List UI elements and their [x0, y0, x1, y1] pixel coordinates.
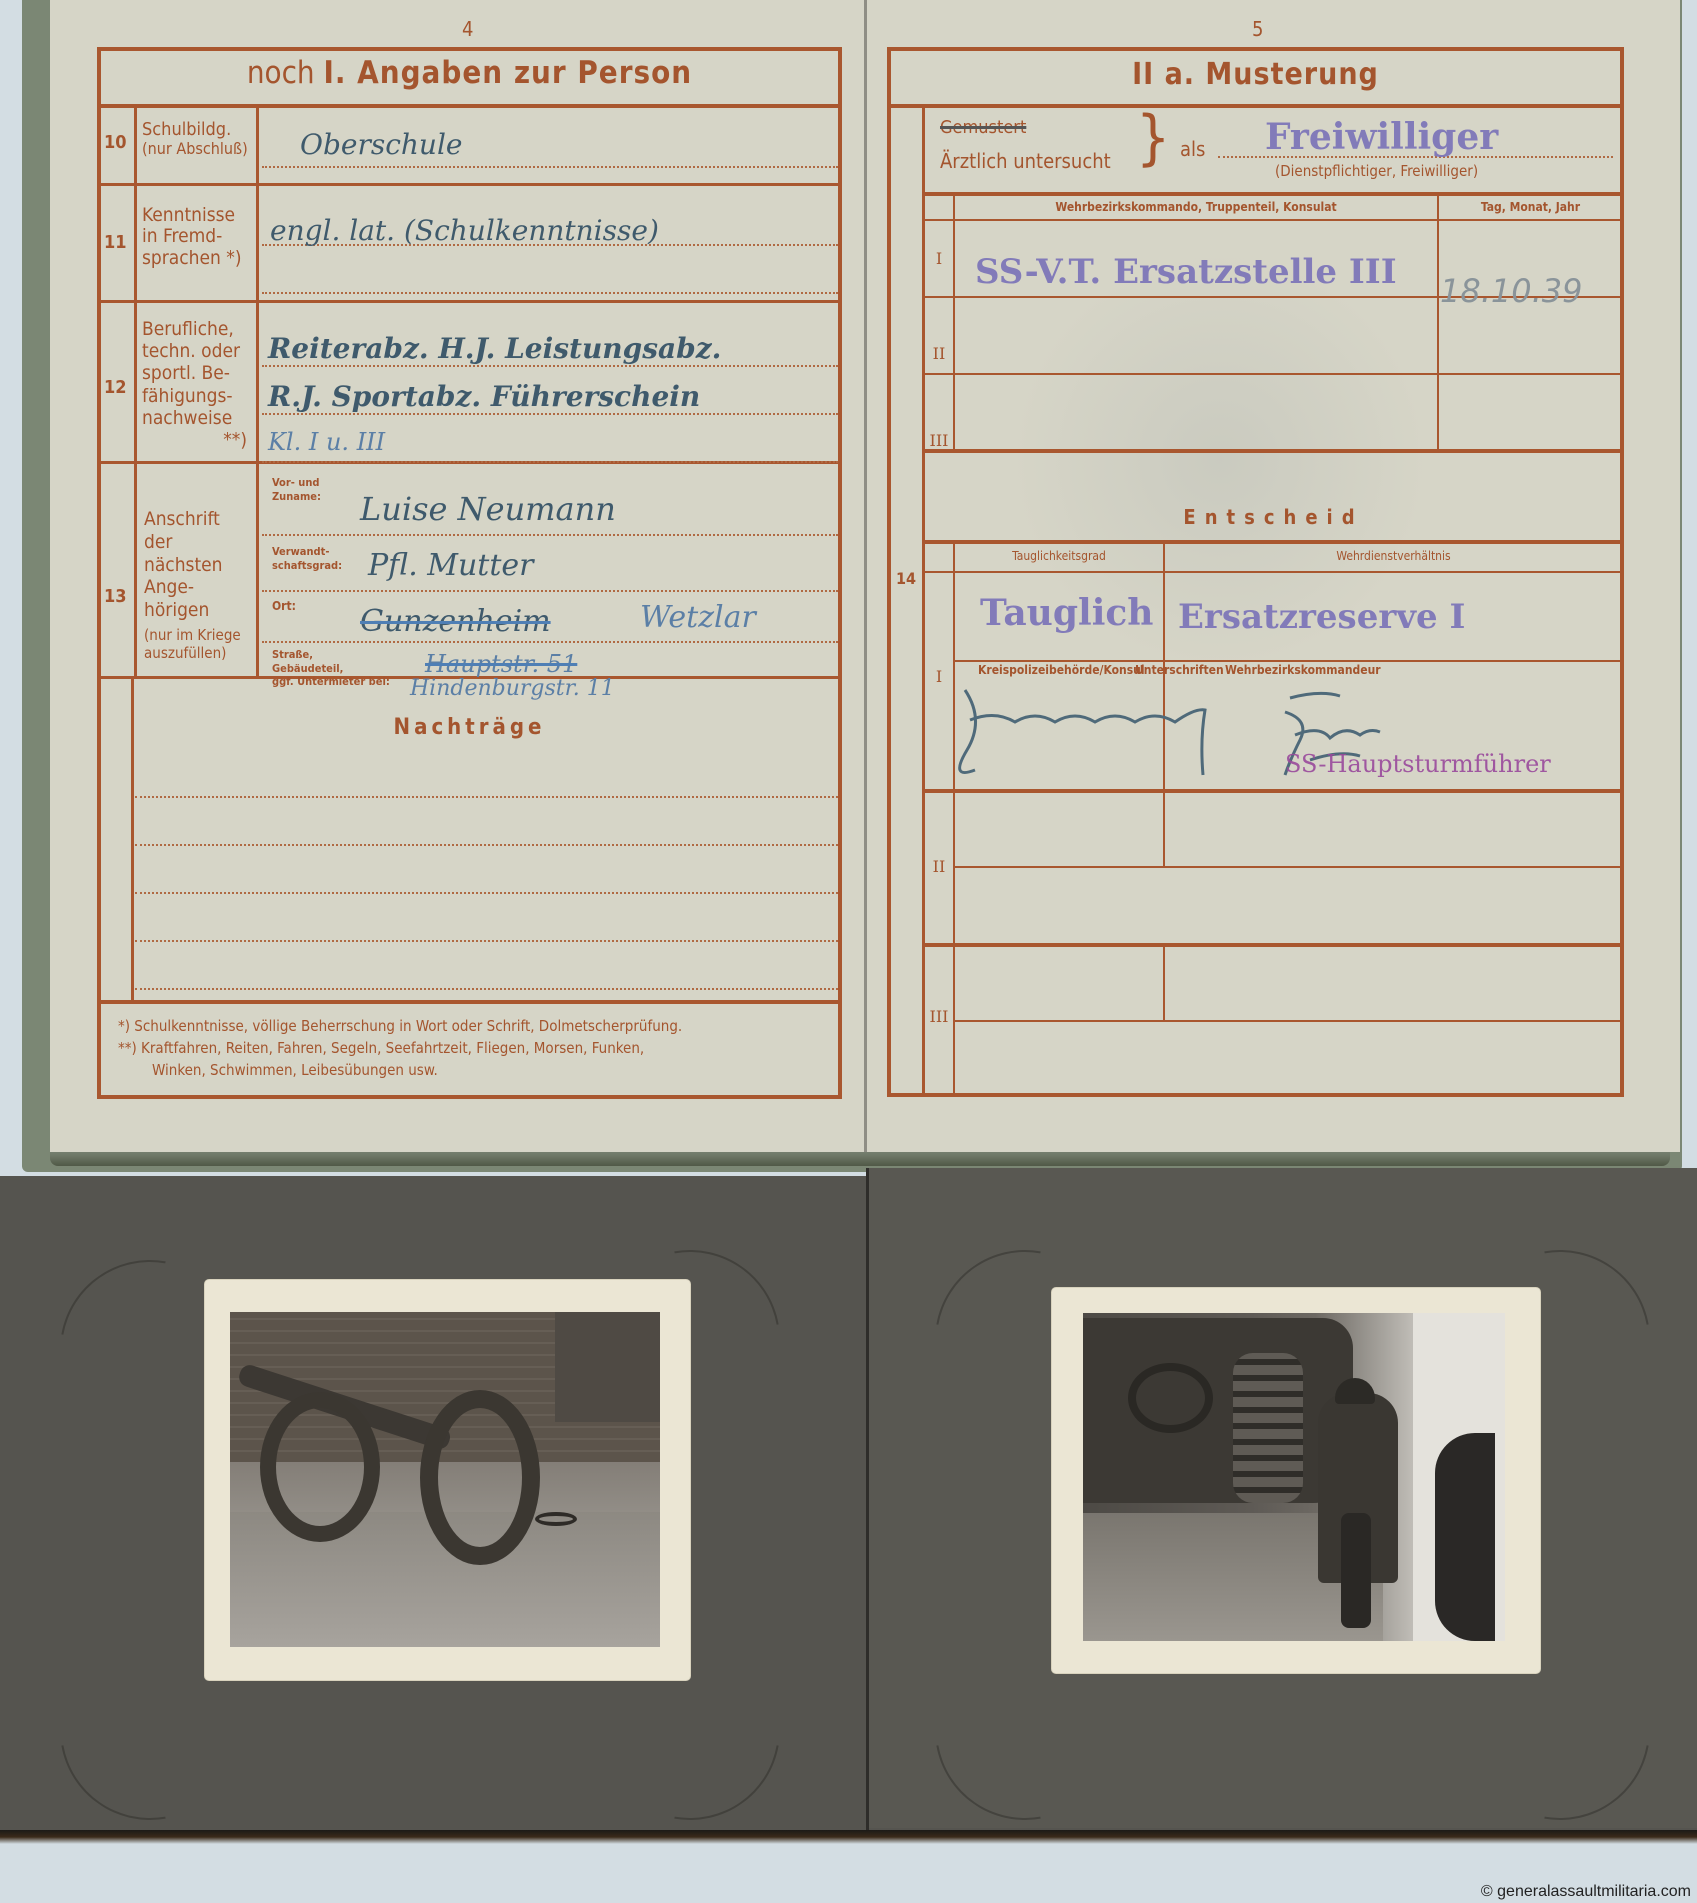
- entry-ort: Wetzlar: [640, 600, 756, 635]
- entry-befaehigung-2: R.J. Sportabz. Führerschein: [268, 380, 700, 413]
- truck-wheel-well: [1435, 1433, 1495, 1641]
- entry-line: [262, 413, 838, 415]
- header-unterschriften: Unterschriften: [1135, 664, 1224, 678]
- entry-name: Luise Neumann: [360, 490, 616, 528]
- row-label: Anschrift der nächsten Ange- hörigen (nu…: [144, 508, 241, 662]
- page-number-left: 4: [462, 18, 473, 41]
- label-line: Schulbildg.: [142, 120, 248, 140]
- row-number: 10: [104, 133, 127, 153]
- gemustert-struck: Gemustert: [940, 118, 1026, 138]
- section-number: 14: [892, 570, 920, 588]
- label-line: Berufliche,: [142, 318, 247, 340]
- label-line: Ange-: [144, 576, 241, 599]
- label-line: Straße,: [272, 648, 343, 662]
- book-spine: [864, 0, 867, 1152]
- photo-field-gun[interactable]: [205, 1280, 690, 1680]
- sprocket-wheel-icon: [1128, 1363, 1213, 1433]
- label-line: Zuname:: [272, 490, 321, 504]
- label-line: Vor- und: [272, 476, 321, 490]
- row-number: 12: [104, 378, 127, 398]
- label-line: (nur Abschluß): [142, 140, 248, 158]
- title-prefix: noch: [247, 55, 315, 91]
- entry-fremdsprachen: engl. lat. (Schulkenntnisse): [270, 214, 659, 247]
- label-line: in Fremd-: [142, 226, 242, 247]
- label-line: fähigungs-: [142, 385, 247, 407]
- field-label-ort: Ort:: [272, 600, 296, 614]
- stamp-freiwilliger: Freiwilliger: [1265, 116, 1498, 158]
- wheel-rim: [535, 1512, 577, 1526]
- stamp-hauptsturmfuehrer: SS-Hauptsturmführer: [1285, 750, 1551, 778]
- label-line: Gebäudeteil,: [272, 662, 343, 676]
- left-page-title: noch I. Angaben zur Person: [97, 56, 842, 91]
- roman-numeral: II: [925, 345, 953, 363]
- brace-icon: }: [1136, 108, 1170, 168]
- roman-numeral: I: [925, 250, 953, 268]
- divider: [97, 104, 842, 108]
- header-wehrdienstverhaeltnis: Wehrdienstverhältnis: [1165, 550, 1622, 564]
- label-line: (nur im Kriege: [144, 626, 241, 644]
- divider: [1437, 196, 1439, 449]
- header-wehrbezirkskommando: Wehrbezirkskommando, Truppenteil, Konsul…: [955, 201, 1437, 215]
- photo-motorcycle-tank[interactable]: [1052, 1288, 1540, 1673]
- wheel-icon: [260, 1392, 380, 1542]
- label-line: sprachen *): [142, 248, 242, 269]
- divider: [925, 540, 1622, 544]
- footnote: *) Schulkenntnisse, völlige Beherrschung…: [118, 1016, 682, 1038]
- entry-line: [262, 534, 838, 536]
- building-corner: [555, 1312, 660, 1422]
- label-line: auszufüllen): [144, 644, 241, 662]
- helmet-icon: [1335, 1378, 1375, 1404]
- entscheid-title: Entscheid: [925, 506, 1622, 529]
- entry-line: [135, 892, 838, 894]
- tank-track: [1233, 1353, 1303, 1503]
- entry-line: [262, 292, 838, 294]
- label-line: der: [144, 531, 241, 554]
- header-wehrbezirkskommandeur: Wehrbezirkskommandeur: [1225, 664, 1381, 678]
- row-number: 11: [104, 233, 127, 253]
- label-line: **): [142, 429, 247, 451]
- tank-hull: [1083, 1318, 1353, 1503]
- signature-kreispolizei-icon: [955, 680, 1275, 780]
- divider: [1163, 947, 1165, 1020]
- als-hint: (Dienstpflichtiger, Freiwilliger): [1275, 163, 1478, 180]
- divider: [925, 219, 1622, 221]
- divider: [1163, 793, 1165, 866]
- entry-relation: Pfl. Mutter: [368, 548, 534, 583]
- footnotes: *) Schulkenntnisse, völlige Beherrschung…: [118, 1016, 682, 1081]
- divider: [925, 192, 1622, 196]
- header-kreispolizeibehoerde: Kreispolizeibehörde/Konsul: [978, 664, 1145, 678]
- divider: [97, 1000, 842, 1004]
- divider: [97, 183, 842, 186]
- divider: [925, 789, 1622, 793]
- divider: [925, 449, 1622, 453]
- entry-date: 18.10.39: [1440, 272, 1583, 310]
- entry-line: [135, 796, 838, 798]
- aerztlich-label: Ärztlich untersucht: [940, 150, 1111, 173]
- divider: [953, 544, 955, 1097]
- footnote: Winken, Schwimmen, Leibesübungen usw.: [118, 1060, 682, 1082]
- wheel-icon: [420, 1390, 540, 1565]
- row-label: Kenntnisse in Fremd- sprachen *): [142, 205, 242, 269]
- entry-line: [135, 844, 838, 846]
- album-shadow: [0, 1830, 1697, 1844]
- label-line: Anschrift: [144, 508, 241, 531]
- roman-numeral: II: [925, 858, 953, 876]
- watermark-credit: © generalassaultmilitaria.com: [1481, 1883, 1691, 1901]
- stamp-unit: SS-V.T. Ersatzstelle III: [975, 252, 1397, 292]
- roman-numeral: III: [925, 1008, 953, 1026]
- label-line: Kenntnisse: [142, 205, 242, 226]
- divider: [925, 571, 1622, 573]
- entry-ort-struck: Gunzenheim: [360, 604, 551, 639]
- entry-schulbildung: Oberschule: [300, 128, 462, 161]
- label-line: schaftsgrad:: [272, 559, 342, 573]
- divider: [256, 104, 259, 678]
- entry-line: [262, 461, 838, 463]
- page-number-right: 5: [1252, 18, 1263, 41]
- motorcycle-icon: [1341, 1513, 1371, 1628]
- stamp-ersatzreserve: Ersatzreserve I: [1178, 597, 1465, 637]
- roman-numeral: III: [925, 432, 953, 450]
- title-main: I. Angaben zur Person: [323, 55, 692, 91]
- field-label-name: Vor- und Zuname:: [272, 476, 321, 505]
- header-tauglichkeitsgrad: Tauglichkeitsgrad: [955, 550, 1163, 564]
- label-line: techn. oder: [142, 340, 247, 362]
- entry-line: [262, 365, 838, 367]
- entry-line: [135, 988, 838, 990]
- label-line: nächsten: [144, 554, 241, 577]
- field-label-street-2: ggf. Untermieter bei:: [272, 676, 390, 688]
- entry-line: [135, 940, 838, 942]
- stamp-tauglich: Tauglich: [980, 592, 1153, 634]
- header-datum: Tag, Monat, Jahr: [1439, 201, 1622, 215]
- entry-befaehigung-3: Kl. I u. III: [268, 428, 385, 456]
- divider: [925, 943, 1622, 947]
- label-line: nachweise: [142, 407, 247, 429]
- label-line: hörigen: [144, 599, 241, 622]
- entry-street-struck: Hauptstr. 51: [425, 650, 577, 678]
- divider: [955, 866, 1622, 868]
- entry-line: [262, 590, 838, 592]
- divider: [925, 373, 1622, 375]
- divider: [887, 104, 1624, 108]
- entry-line: [262, 166, 838, 168]
- roman-numeral: I: [925, 668, 953, 686]
- photo-motorcycle-tank-image: [1083, 1313, 1505, 1641]
- divider: [953, 196, 955, 449]
- photo-album-spine: [866, 1168, 869, 1833]
- right-page-title: II a. Musterung: [887, 58, 1624, 92]
- divider: [955, 1020, 1622, 1022]
- entry-befaehigung-1: Reiterabz. H.J. Leistungsabz.: [268, 332, 721, 365]
- field-label-relation: Verwandt- schaftsgrad:: [272, 545, 342, 574]
- label-line: Verwandt-: [272, 545, 342, 559]
- row-label: Berufliche, techn. oder sportl. Be- fähi…: [142, 318, 247, 451]
- footnote: **) Kraftfahren, Reiten, Fahren, Segeln,…: [118, 1038, 682, 1060]
- divider: [955, 660, 1622, 662]
- entry-line: [262, 641, 838, 643]
- nachtraege-title: Nachträge: [97, 716, 842, 741]
- als-label: als: [1180, 138, 1205, 161]
- photo-field-gun-image: [230, 1312, 660, 1647]
- row-number: 13: [104, 587, 127, 607]
- label-line: sportl. Be-: [142, 362, 247, 384]
- row-label: Schulbildg. (nur Abschluß): [142, 120, 248, 158]
- divider: [97, 300, 842, 303]
- field-label-street: Straße, Gebäudeteil,: [272, 648, 343, 676]
- entry-street: Hindenburgstr. 11: [410, 676, 615, 701]
- divider: [134, 104, 137, 678]
